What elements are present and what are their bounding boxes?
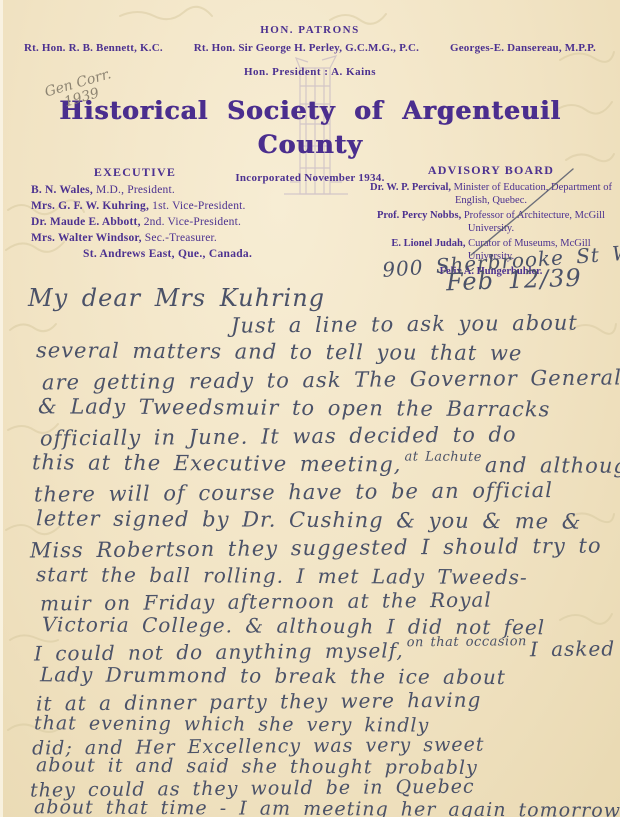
line-text: & Lady Tweedsmuir to open the Barracks [38, 394, 550, 421]
executive-heading: EXECUTIVE [25, 165, 245, 180]
scanned-letter-page: { "colors": { "paper": "#f2e5c5", "print… [0, 0, 620, 817]
member-name: Mrs. G. F. W. Kuhring, [31, 200, 149, 212]
line-text: this at the Executive meeting, [32, 450, 402, 476]
line-text: Just a line to ask you about [231, 311, 578, 338]
member-name: Mrs. Walter Windsor, [31, 232, 142, 244]
member-name: B. N. Wales, [31, 184, 93, 196]
society-address: St. Andrews East, Que., Canada. [83, 248, 290, 260]
line-text: I asked [530, 636, 615, 661]
line-text: Lady Drummond to break the ice about [40, 662, 506, 689]
handwritten-line: Miss Robertson they suggested I should t… [30, 533, 614, 566]
executive-member: Mrs. G. F. W. Kuhring, 1st. Vice-Preside… [31, 200, 290, 212]
salutation: My dear Mrs Kuhring [28, 284, 325, 312]
handwritten-line: officially in June. It was decided to do [40, 421, 614, 454]
handwritten-line: several matters and to tell you that we [36, 338, 614, 370]
member-name: E. Lionel Judah, [391, 238, 465, 249]
inserted-text: on that occasion [407, 634, 527, 650]
line-text: Miss Robertson they suggested I should t… [30, 534, 602, 563]
handwritten-line: & Lady Tweedsmuir to open the Barracks [38, 394, 614, 426]
line-text: are getting ready to ask The Governor Ge… [42, 365, 620, 394]
letter-body: Just a line to ask you about several mat… [26, 312, 614, 817]
patron-name: Rt. Hon. R. B. Bennett, K.C. [24, 42, 163, 54]
member-role: Sec.-Treasurer. [145, 232, 217, 244]
patron-name: Rt. Hon. Sir George H. Perley, G.C.M.G.,… [194, 42, 419, 54]
inserted-text: at Lachute [404, 449, 482, 464]
executive-block: EXECUTIVE B. N. Wales, M.D., President. … [25, 165, 290, 260]
handwritten-date: Feb 12/39 [446, 264, 583, 297]
handwritten-line: Just a line to ask you about [231, 310, 614, 341]
patrons-row: Rt. Hon. R. B. Bennett, K.C. Rt. Hon. Si… [0, 42, 620, 54]
line-text: officially in June. It was decided to do [40, 422, 517, 450]
executive-member: Mrs. Walter Windsor, Sec.-Treasurer. [31, 232, 290, 244]
handwritten-line: letter signed by Dr. Cushing & you & me … [36, 506, 614, 538]
member-name: Dr. Maude E. Abbott, [31, 216, 141, 228]
line-text: and although [485, 453, 620, 478]
line-text: muir on Friday afternoon at the Royal [40, 588, 492, 616]
line-text: that evening which she very kindly [34, 712, 429, 736]
patron-name: Georges-E. Dansereau, M.P.P. [450, 42, 596, 54]
executive-member: B. N. Wales, M.D., President. [31, 184, 290, 196]
patrons-heading: HON. PATRONS [0, 24, 620, 36]
member-name: Prof. Percy Nobbs, [377, 210, 461, 221]
member-role: 1st. Vice-President. [152, 200, 245, 212]
line-text: several matters and to tell you that we [36, 338, 522, 365]
line-text: about that time - I am meeting her again… [34, 796, 620, 817]
handwritten-line: about that time - I am meeting her again… [34, 796, 614, 817]
line-text: I could not do anything myself, [34, 638, 404, 665]
member-role: 2nd. Vice-President. [144, 216, 241, 228]
line-text: start the ball rolling. I met Lady Tweed… [36, 562, 528, 589]
line-text: it at a dinner party they were having [36, 688, 482, 716]
line-text: there will of course have to be an offic… [34, 478, 553, 507]
executive-member: Dr. Maude E. Abbott, 2nd. Vice-President… [31, 216, 290, 228]
handwritten-line: this at the Executive meeting,at Lachute… [32, 450, 614, 482]
member-name: Dr. W. P. Percival, [370, 182, 451, 193]
handwritten-line: are getting ready to ask The Governor Ge… [42, 366, 614, 399]
member-role: M.D., President. [96, 184, 175, 196]
society-title-line2: County [0, 130, 620, 159]
line-text: letter signed by Dr. Cushing & you & me … [36, 506, 582, 533]
handwritten-line: there will of course have to be an offic… [34, 477, 614, 510]
